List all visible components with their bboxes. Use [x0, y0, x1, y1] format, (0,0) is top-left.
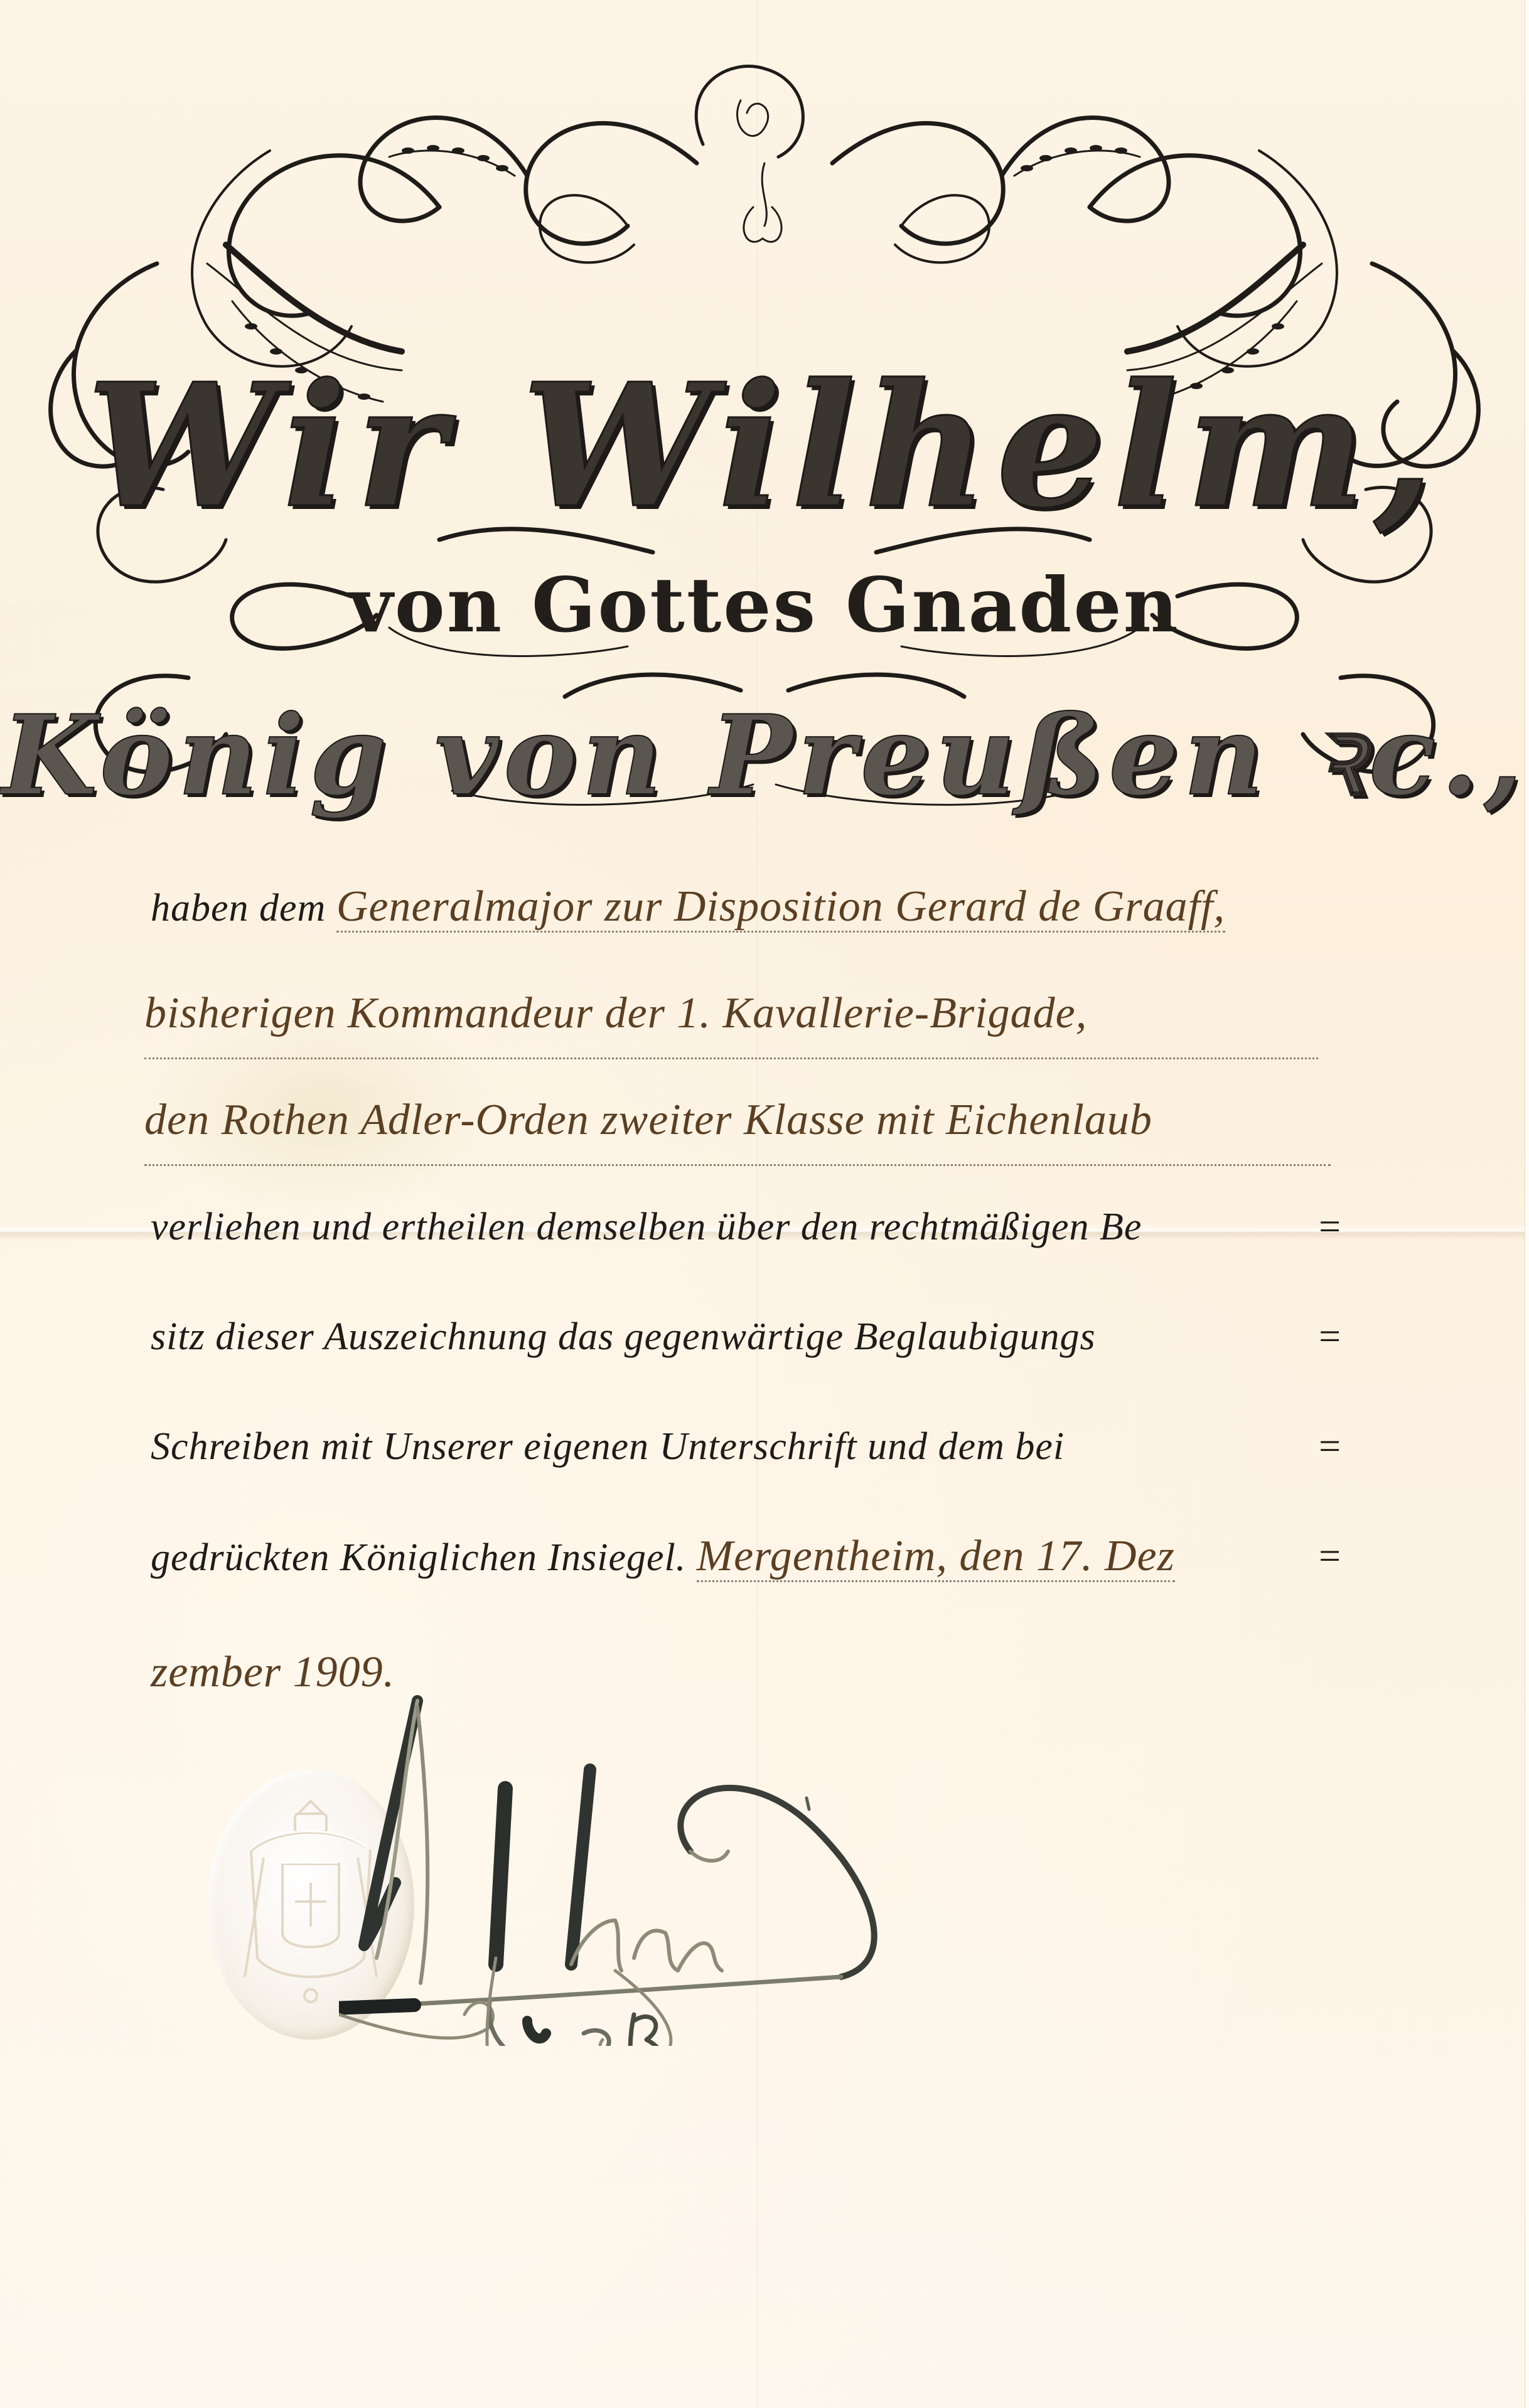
- text-line-5: sitz dieser Auszeichnung das gegenwärtig…: [151, 1305, 1343, 1381]
- text-line-7: gedrückten Königlichen Insiegel. Mergent…: [151, 1525, 1343, 1600]
- line-hyphen: =: [1316, 1415, 1343, 1478]
- printed-text: verliehen und ertheilen demselben über d…: [151, 1206, 1142, 1248]
- printed-text: haben dem: [151, 887, 336, 929]
- text-line-4: verliehen und ertheilen demselben über d…: [151, 1196, 1343, 1271]
- certificate-page: Wir Wilhelm, von Gottes Gnaden König von…: [0, 0, 1529, 2408]
- title-wir-wilhelm: Wir Wilhelm,: [0, 351, 1529, 540]
- line-hyphen: =: [1316, 1525, 1343, 1588]
- line-hyphen: =: [1316, 1196, 1343, 1258]
- title-von-gottes-gnaden: von Gottes Gnaden: [0, 562, 1529, 650]
- printed-text: gedrückten Königlichen Insiegel.: [151, 1536, 697, 1579]
- handwritten-previous-position: bisherigen Kommandeur der 1. Kavallerie-…: [144, 989, 1087, 1037]
- royal-signature: [339, 1694, 1406, 2046]
- handwritten-recipient: Generalmajor zur Disposition Gerard de G…: [336, 882, 1225, 933]
- title-koenig-von-preussen: König von Preußen ꝛc.,: [0, 693, 1529, 819]
- handwritten-date-year: zember 1909.: [151, 1648, 395, 1696]
- line-hyphen: =: [1316, 1305, 1343, 1368]
- text-line-2: bisherigen Kommandeur der 1. Kavallerie-…: [144, 982, 1318, 1059]
- text-line-3: den Rothen Adler-Orden zweiter Klasse mi…: [144, 1089, 1331, 1166]
- text-line-1: haben dem Generalmajor zur Disposition G…: [151, 875, 1343, 951]
- handwritten-order-name: den Rothen Adler-Orden zweiter Klasse mi…: [144, 1096, 1152, 1144]
- text-line-6: Schreiben mit Unserer eigenen Unterschri…: [151, 1415, 1343, 1490]
- printed-text: Schreiben mit Unserer eigenen Unterschri…: [151, 1425, 1065, 1468]
- printed-text: sitz dieser Auszeichnung das gegenwärtig…: [151, 1315, 1096, 1358]
- handwritten-place-date: Mergentheim, den 17. Dez: [697, 1532, 1175, 1582]
